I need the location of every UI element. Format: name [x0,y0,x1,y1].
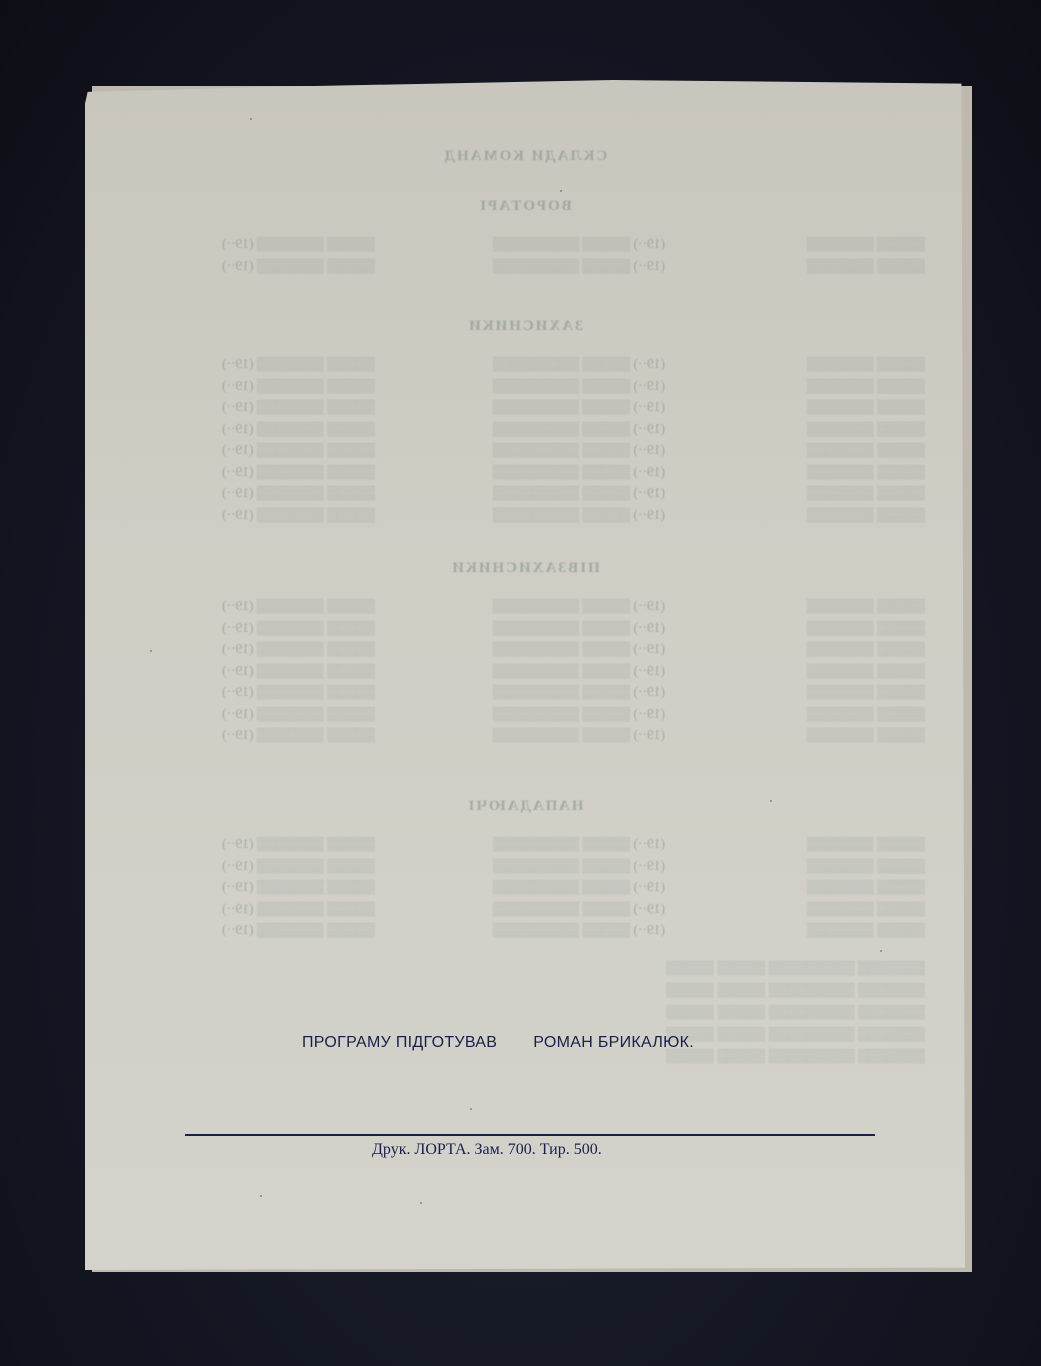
bleed-row: ▒▒▒▒▒ ▒▒▒▒▒▒▒ (19··) [222,879,375,895]
bleed-row: (19··) ▒▒▒▒▒ ▒▒▒▒▒▒▒▒▒ [493,727,665,743]
paper-speck [420,1202,422,1204]
bleed-row: ▒▒▒▒▒ ▒▒▒▒▒▒▒ [807,485,925,501]
bleed-row: ▒▒▒▒▒ ▒▒▒▒▒▒▒ (19··) [222,836,375,852]
bleed-row: (19··) ▒▒▒▒▒ ▒▒▒▒▒▒▒▒▒ [493,485,665,501]
bleed-row: ▒▒▒▒▒ ▒▒▒▒▒▒▒ (19··) [222,598,375,614]
bleed-row: (19··) ▒▒▒▒▒ ▒▒▒▒▒▒▒▒▒ [493,879,665,895]
bleed-row: ▒▒▒▒▒ ▒▒▒▒▒▒▒ (19··) [222,442,375,458]
bleed-row: (19··) ▒▒▒▒▒ ▒▒▒▒▒▒▒▒▒ [493,641,665,657]
bleed-row: (19··) ▒▒▒▒▒ ▒▒▒▒▒▒▒▒▒ [493,442,665,458]
bleed-row: ▒▒▒▒▒ ▒▒▒▒▒▒▒ (19··) [222,858,375,874]
bleed-row: ▒▒▒▒▒ ▒▒▒▒▒▒▒ [807,727,925,743]
bleed-row: (19··) ▒▒▒▒▒ ▒▒▒▒▒▒▒▒▒ [493,356,665,372]
bleed-row: ▒▒▒▒▒ ▒▒▒▒▒▒▒ (19··) [222,663,375,679]
bleed-row: (19··) ▒▒▒▒▒ ▒▒▒▒▒▒▒▒▒ [493,684,665,700]
bleed-row: ▒▒▒▒▒ ▒▒▒▒▒▒▒ (19··) [222,378,375,394]
bleed-row: ▒▒▒▒▒ ▒▒▒▒▒▒▒ [807,378,925,394]
bleed-row: (19··) ▒▒▒▒▒ ▒▒▒▒▒▒▒▒▒ [493,858,665,874]
bleed-row: ▒▒▒▒▒ ▒▒▒▒▒▒▒ [807,901,925,917]
reverse-side-bleed-through: СКЛАДИ КОМАНДВОРОТАРІ▒▒▒▒▒ ▒▒▒▒▒▒▒(19··)… [85,80,965,1270]
paper-speck [560,190,562,192]
bleed-row: ▒▒▒▒▒ ▒▒▒▒▒▒▒ [807,399,925,415]
bleed-row: ▒▒▒▒▒ ▒▒▒▒▒▒▒ [807,706,925,722]
bleed-row: ▒▒▒▒▒ ▒▒▒▒▒▒▒ [807,641,925,657]
bleed-row: ▒▒▒▒▒ ▒▒▒▒▒▒▒ (19··) [222,356,375,372]
bleed-row: ▒▒▒▒▒ ▒▒▒▒▒▒▒ (19··) [222,421,375,437]
bleed-row: ▒▒▒▒▒ ▒▒▒▒▒▒▒ [807,663,925,679]
bleed-row: (19··) ▒▒▒▒▒ ▒▒▒▒▒▒▒▒▒ [493,620,665,636]
bleed-row: (19··) ▒▒▒▒▒ ▒▒▒▒▒▒▒▒▒ [493,378,665,394]
horizontal-rule [185,1134,875,1136]
bleed-row: (19··) ▒▒▒▒▒ ▒▒▒▒▒▒▒▒▒ [493,922,665,938]
bleed-row: ▒▒▒▒▒ ▒▒▒▒▒▒▒ [807,620,925,636]
paper-speck [770,800,772,802]
bleed-row: ▒▒▒▒▒ ▒▒▒▒▒▒▒ (19··) [222,485,375,501]
bleed-heading: ВОРОТАРІ [85,198,965,215]
bleed-row: ▒▒▒▒▒ ▒▒▒▒▒▒▒ (19··) [222,236,375,252]
bleed-row: (19··) ▒▒▒▒▒ ▒▒▒▒▒▒▒▒▒ [493,836,665,852]
bleed-row: ▒▒▒▒▒ ▒▒▒▒▒▒▒ (19··) [222,641,375,657]
bleed-heading: НАПАДАЮЧІ [85,798,965,815]
bleed-row: ▒▒▒▒▒▒▒ ▒▒▒▒▒▒▒▒▒ ▒▒▒▒▒ ▒▒▒▒▒ [666,982,925,998]
bleed-row: ▒▒▒▒▒ ▒▒▒▒▒▒▒ (19··) [222,258,375,274]
bleed-heading: ПІВЗАХИСНИКИ [85,560,965,577]
print-imprint: Друк. ЛОРТА. Зам. 700. Тир. 500. [372,1141,602,1159]
bleed-row: ▒▒▒▒▒ ▒▒▒▒▒▒▒ [807,464,925,480]
credit-label: ПРОГРАМУ ПІДГОТУВАВ [302,1034,497,1051]
bleed-row: ▒▒▒▒▒ ▒▒▒▒▒▒▒ (19··) [222,464,375,480]
bleed-row: ▒▒▒▒▒ ▒▒▒▒▒▒▒ [807,858,925,874]
bleed-row: ▒▒▒▒▒ ▒▒▒▒▒▒▒ (19··) [222,684,375,700]
bleed-row: ▒▒▒▒▒ ▒▒▒▒▒▒▒ (19··) [222,922,375,938]
paper-speck [470,1108,472,1110]
bleed-row: (19··) ▒▒▒▒▒ ▒▒▒▒▒▒▒▒▒ [493,663,665,679]
bleed-row: ▒▒▒▒▒ ▒▒▒▒▒▒▒ [807,836,925,852]
bleed-row: ▒▒▒▒▒ ▒▒▒▒▒▒▒ [807,507,925,523]
bleed-heading: ЗАХИСНИКИ [85,318,965,335]
bleed-row: (19··) ▒▒▒▒▒ ▒▒▒▒▒▒▒▒▒ [493,399,665,415]
bleed-row: ▒▒▒▒▒▒▒ ▒▒▒▒▒▒▒▒▒ ▒▒▒▒▒ ▒▒▒▒▒ [666,1026,925,1042]
bleed-row: ▒▒▒▒▒▒▒ ▒▒▒▒▒▒▒▒▒ ▒▒▒▒▒ ▒▒▒▒▒ [666,1048,925,1064]
paper-speck [260,1195,262,1197]
credit-author: РОМАН БРИКАЛЮК. [533,1034,694,1051]
paper-speck [250,118,252,120]
bleed-row: ▒▒▒▒▒ ▒▒▒▒▒▒▒ (19··) [222,507,375,523]
bleed-row: ▒▒▒▒▒ ▒▒▒▒▒▒▒ (19··) [222,706,375,722]
paper-speck [150,650,152,652]
bleed-row: ▒▒▒▒▒ ▒▒▒▒▒▒▒ [807,922,925,938]
bleed-row: (19··) ▒▒▒▒▒ ▒▒▒▒▒▒▒▒▒ [493,901,665,917]
bleed-row: ▒▒▒▒▒ ▒▒▒▒▒▒▒ (19··) [222,620,375,636]
bleed-row: ▒▒▒▒▒ ▒▒▒▒▒▒▒ (19··) [222,399,375,415]
bleed-row: ▒▒▒▒▒ ▒▒▒▒▒▒▒ [807,879,925,895]
bleed-row: ▒▒▒▒▒ ▒▒▒▒▒▒▒ (19··) [222,727,375,743]
bleed-row: ▒▒▒▒▒ ▒▒▒▒▒▒▒ [807,598,925,614]
bleed-row: (19··) ▒▒▒▒▒ ▒▒▒▒▒▒▒▒▒ [493,706,665,722]
bleed-row: ▒▒▒▒▒ ▒▒▒▒▒▒▒ [807,684,925,700]
bleed-row: ▒▒▒▒▒▒▒ ▒▒▒▒▒▒▒▒▒ ▒▒▒▒▒ ▒▒▒▒▒ [666,1004,925,1020]
programme-page: СКЛАДИ КОМАНДВОРОТАРІ▒▒▒▒▒ ▒▒▒▒▒▒▒(19··)… [85,80,965,1270]
bleed-heading: СКЛАДИ КОМАНД [85,148,965,165]
bleed-row: ▒▒▒▒▒▒▒ ▒▒▒▒▒▒▒▒▒ ▒▒▒▒▒ ▒▒▒▒▒ [666,960,925,976]
bleed-row: (19··) ▒▒▒▒▒ ▒▒▒▒▒▒▒▒▒ [493,598,665,614]
bleed-row: ▒▒▒▒▒ ▒▒▒▒▒▒▒ [807,356,925,372]
bleed-row: ▒▒▒▒▒ ▒▒▒▒▒▒▒ [807,442,925,458]
bleed-row: ▒▒▒▒▒ ▒▒▒▒▒▒▒ [807,421,925,437]
bleed-row: (19··) ▒▒▒▒▒ ▒▒▒▒▒▒▒▒▒ [493,421,665,437]
bleed-row: ▒▒▒▒▒ ▒▒▒▒▒▒▒ [807,258,925,274]
bleed-row: (19··) ▒▒▒▒▒ ▒▒▒▒▒▒▒▒▒ [493,236,665,252]
credit-line: ПРОГРАМУ ПІДГОТУВАВРОМАН БРИКАЛЮК. [302,1034,694,1052]
bleed-row: (19··) ▒▒▒▒▒ ▒▒▒▒▒▒▒▒▒ [493,507,665,523]
bleed-row: (19··) ▒▒▒▒▒ ▒▒▒▒▒▒▒▒▒ [493,464,665,480]
paper-speck [880,950,882,952]
bleed-row: ▒▒▒▒▒ ▒▒▒▒▒▒▒ [807,236,925,252]
bleed-row: (19··) ▒▒▒▒▒ ▒▒▒▒▒▒▒▒▒ [493,258,665,274]
bleed-row: ▒▒▒▒▒ ▒▒▒▒▒▒▒ (19··) [222,901,375,917]
